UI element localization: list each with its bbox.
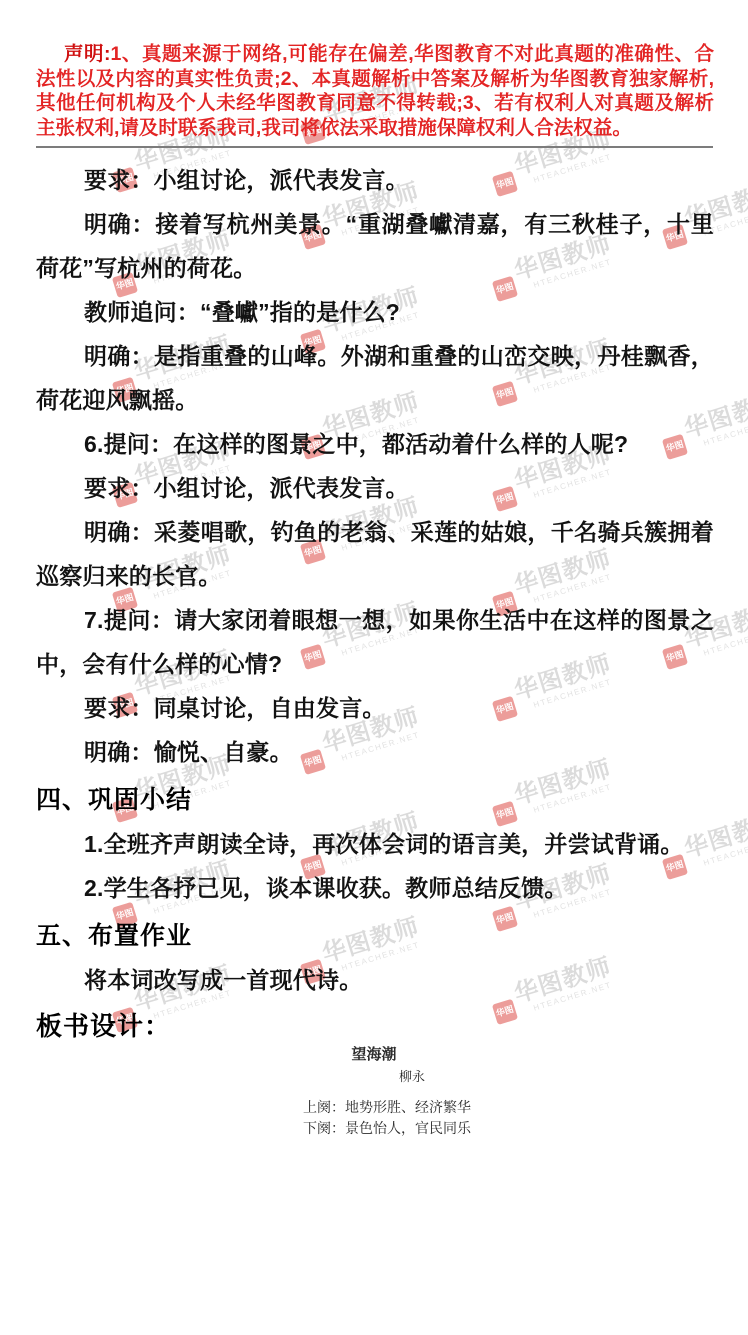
document-page: 华图华图教师HTEACHER.NET华图华图教师HTEACHER.NET华图华图…: [0, 0, 748, 1335]
paragraph: 明确：采菱唱歌，钓鱼的老翁、采莲的姑娘，千名骑兵簇拥着巡察归来的长官。: [36, 510, 714, 598]
section-heading: 板书设计：: [36, 1004, 714, 1048]
paragraph: 2.学生各抒己见，谈本课收获。教师总结反馈。: [36, 866, 714, 910]
disclaimer: 声明:1、真题来源于网络,可能存在偏差,华图教育不对此真题的准确性、合法性以及内…: [36, 42, 714, 140]
board-design: 望海潮 柳永 上阕：地势形胜、经济繁华 下阕：景色怡人，官民同乐: [0, 1046, 748, 1140]
paragraph: 明确：是指重叠的山峰。外湖和重叠的山峦交映，丹桂飘香，荷花迎风飘摇。: [36, 334, 714, 422]
section-heading: 四、巩固小结: [36, 778, 714, 822]
disclaimer-text: 1、真题来源于网络,可能存在偏差,华图教育不对此真题的准确性、合法性以及内容的真…: [36, 43, 714, 139]
divider-line: [36, 146, 713, 148]
paragraph: 7.提问：请大家闭着眼想一想，如果你生活中在这样的图景之中，会有什么样的心情?: [36, 598, 714, 686]
paragraph: 教师追问：“叠巘”指的是什么?: [36, 290, 714, 334]
paragraph: 将本词改写成一首现代诗。: [36, 958, 714, 1002]
board-line-lower: 下阕：景色怡人，官民同乐: [303, 1119, 748, 1140]
disclaimer-label: 声明:: [64, 43, 111, 65]
paragraph: 要求：小组讨论，派代表发言。: [36, 158, 714, 202]
paragraph: 明确：接着写杭州美景。“重湖叠巘清嘉，有三秋桂子，十里荷花”写杭州的荷花。: [36, 202, 714, 290]
board-author: 柳永: [38, 1069, 748, 1085]
paragraph: 明确：愉悦、自豪。: [36, 730, 714, 774]
document-body: 要求：小组讨论，派代表发言。明确：接着写杭州美景。“重湖叠巘清嘉，有三秋桂子，十…: [36, 158, 714, 1048]
paragraph: 6.提问：在这样的图景之中，都活动着什么样的人呢?: [36, 422, 714, 466]
paragraph: 要求：同桌讨论，自由发言。: [36, 686, 714, 730]
paragraph: 1.全班齐声朗读全诗，再次体会词的语言美，并尝试背诵。: [36, 822, 714, 866]
section-heading: 五、布置作业: [36, 914, 714, 958]
board-title: 望海潮: [0, 1046, 748, 1064]
board-line-upper: 上阕：地势形胜、经济繁华: [303, 1098, 748, 1119]
board-lines: 上阕：地势形胜、经济繁华 下阕：景色怡人，官民同乐: [303, 1098, 748, 1140]
paragraph: 要求：小组讨论，派代表发言。: [36, 466, 714, 510]
